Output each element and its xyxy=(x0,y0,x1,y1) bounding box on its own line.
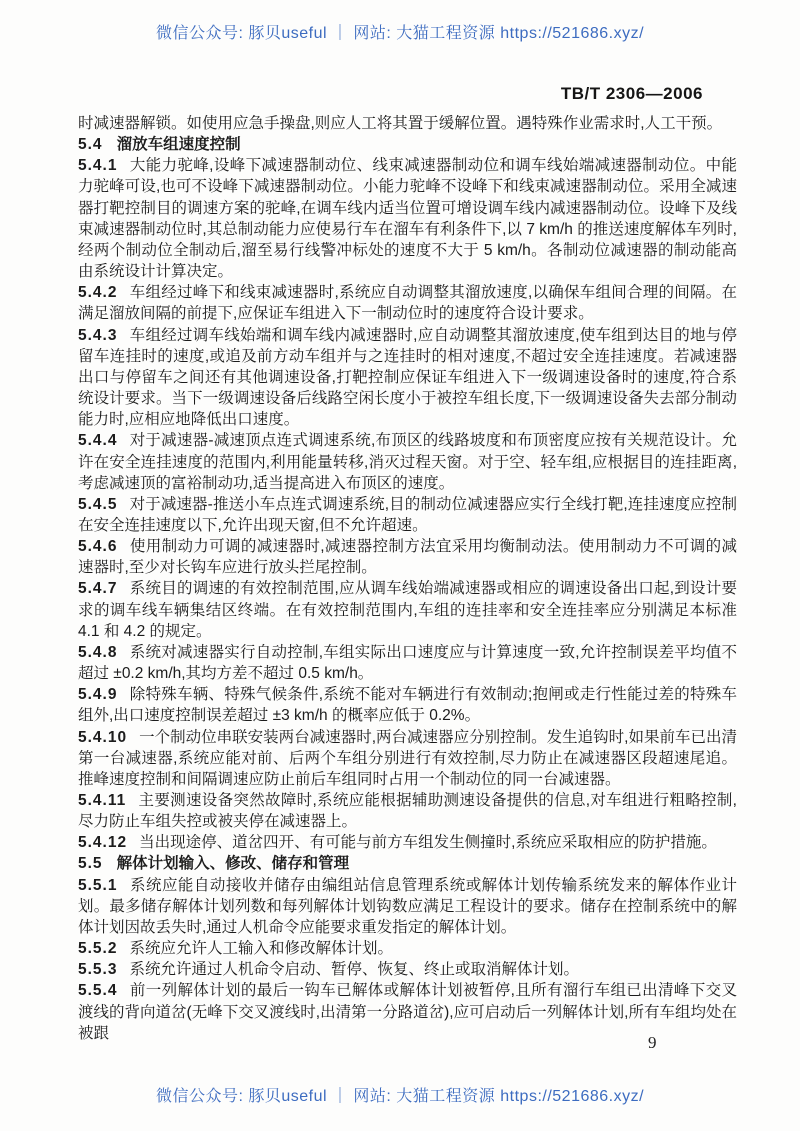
clause-5-4-4: 5.4.4对于减速器-减速顶点连式调速系统,布顶区的线路坡度和布顶密度应按有关规… xyxy=(78,430,737,493)
clause-number: 5.4.8 xyxy=(78,644,117,661)
section-title: 溜放车组速度控制 xyxy=(117,136,241,153)
clause-text: 前一列解体计划的最后一钩车已解体或解体计划被暂停,且所有溜行车组已出清峰下交叉渡… xyxy=(78,982,737,1041)
clause-number: 5.4.2 xyxy=(78,284,117,301)
clause-5-4-2: 5.4.2车组经过峰下和线束减速器时,系统应自动调整其溜放速度,以确保车组间合理… xyxy=(78,282,737,324)
clause-text: 系统应允许人工输入和修改解体计划。 xyxy=(129,940,393,957)
clause-number: 5.4.4 xyxy=(78,432,117,449)
clause-text: 系统允许通过人机命令启动、暂停、恢复、终止或取消解体计划。 xyxy=(129,961,579,978)
clause-text: 使用制动力可调的减速器时,减速器控制方法宜采用均衡制动法。使用制动力不可调的减速… xyxy=(78,538,737,576)
clause-text: 一个制动位串联安装两台减速器时,两台减速器应分别控制。发生追钩时,如果前车已出清… xyxy=(78,729,737,788)
clause-text: 系统对减速器实行自动控制,车组实际出口速度应与计算速度一致,允许控制误差平均值不… xyxy=(78,644,737,682)
clause-number: 5.4.12 xyxy=(78,834,127,851)
clause-text: 大能力驼峰,设峰下减速器制动位、线束减速器制动位和调车线始端减速器制动位。中能力… xyxy=(78,157,737,280)
clause-number: 5.4.1 xyxy=(78,157,117,174)
clause-text: 当出现途停、道岔四开、有可能与前方车组发生侧撞时,系统应采取相应的防护措施。 xyxy=(139,834,717,851)
section-number: 5.5 xyxy=(78,855,103,872)
clause-5-4-12: 5.4.12当出现途停、道岔四开、有可能与前方车组发生侧撞时,系统应采取相应的防… xyxy=(78,832,737,853)
clause-number: 5.5.4 xyxy=(78,982,117,999)
standard-number: TB/T 2306—2006 xyxy=(561,84,703,103)
paragraph-continuation: 时减速器解锁。如使用应急手操盘,则应人工将其置于缓解位置。遇特殊作业需求时,人工… xyxy=(78,113,737,134)
document-page: 微信公众号: 豚贝useful ｜ 网站: 大猫工程资源 https://521… xyxy=(0,0,800,1131)
clause-5-4-9: 5.4.9除特殊车辆、特殊气候条件,系统不能对车辆进行有效制动;抱闸或走行性能过… xyxy=(78,684,737,726)
clause-5-4-6: 5.4.6使用制动力可调的减速器时,减速器控制方法宜采用均衡制动法。使用制动力不… xyxy=(78,536,737,578)
watermark-top: 微信公众号: 豚贝useful ｜ 网站: 大猫工程资源 https://521… xyxy=(0,20,800,43)
clause-text: 主要测速设备突然故障时,系统应能根据辅助测速设备提供的信息,对车组进行粗略控制,… xyxy=(78,792,737,830)
clause-text: 除特殊车辆、特殊气候条件,系统不能对车辆进行有效制动;抱闸或走行性能过差的特殊车… xyxy=(78,686,737,724)
clause-text: 系统应能自动接收并储存由编组站信息管理系统或解体计划传输系统发来的解体作业计划。… xyxy=(78,877,737,936)
section-title: 解体计划输入、修改、储存和管理 xyxy=(117,855,350,872)
clause-5-4-10: 5.4.10一个制动位串联安装两台减速器时,两台减速器应分别控制。发生追钩时,如… xyxy=(78,727,737,790)
clause-5-5-2: 5.5.2系统应允许人工输入和修改解体计划。 xyxy=(78,938,737,959)
section-number: 5.4 xyxy=(78,136,103,153)
section-heading-5-4: 5.4溜放车组速度控制 xyxy=(78,134,737,155)
clause-5-4-8: 5.4.8系统对减速器实行自动控制,车组实际出口速度应与计算速度一致,允许控制误… xyxy=(78,642,737,684)
clause-5-4-11: 5.4.11主要测速设备突然故障时,系统应能根据辅助测速设备提供的信息,对车组进… xyxy=(78,790,737,832)
clause-text: 系统目的调速的有效控制范围,应从调车线始端减速器或相应的调速设备出口起,到设计要… xyxy=(78,580,737,639)
watermark-bottom: 微信公众号: 豚贝useful ｜ 网站: 大猫工程资源 https://521… xyxy=(0,1083,800,1106)
section-heading-5-5: 5.5解体计划输入、修改、储存和管理 xyxy=(78,853,737,874)
clause-text: 车组经过调车线始端和调车线内减速器时,应自动调整其溜放速度,使车组到达目的地与停… xyxy=(78,327,737,429)
clause-number: 5.4.9 xyxy=(78,686,117,703)
clause-number: 5.4.11 xyxy=(78,792,126,809)
clause-number: 5.4.6 xyxy=(78,538,117,555)
clause-number: 5.4.10 xyxy=(78,729,127,746)
clause-number: 5.5.2 xyxy=(78,940,117,957)
clause-5-5-3: 5.5.3系统允许通过人机命令启动、暂停、恢复、终止或取消解体计划。 xyxy=(78,959,737,980)
clause-text: 对于减速器-减速顶点连式调速系统,布顶区的线路坡度和布顶密度应按有关规范设计。允… xyxy=(78,432,737,491)
clause-5-5-1: 5.5.1系统应能自动接收并储存由编组站信息管理系统或解体计划传输系统发来的解体… xyxy=(78,875,737,938)
clause-text: 对于减速器-推送小车点连式调速系统,目的制动位减速器应实行全线打靶,连挂速度应控… xyxy=(78,496,737,534)
clause-5-5-4: 5.5.4前一列解体计划的最后一钩车已解体或解体计划被暂停,且所有溜行车组已出清… xyxy=(78,980,737,1043)
clause-number: 5.4.5 xyxy=(78,496,117,513)
clause-number: 5.4.7 xyxy=(78,580,117,597)
clause-5-4-1: 5.4.1大能力驼峰,设峰下减速器制动位、线束减速器制动位和调车线始端减速器制动… xyxy=(78,155,737,282)
page-number: 9 xyxy=(648,1033,657,1053)
document-body: 时减速器解锁。如使用应急手操盘,则应人工将其置于缓解位置。遇特殊作业需求时,人工… xyxy=(78,113,737,1044)
clause-text: 车组经过峰下和线束减速器时,系统应自动调整其溜放速度,以确保车组间合理的间隔。在… xyxy=(78,284,737,322)
clause-number: 5.5.1 xyxy=(78,877,117,894)
clause-number: 5.5.3 xyxy=(78,961,117,978)
clause-5-4-3: 5.4.3车组经过调车线始端和调车线内减速器时,应自动调整其溜放速度,使车组到达… xyxy=(78,325,737,431)
page-header: TB/T 2306—2006 xyxy=(0,84,703,104)
clause-5-4-7: 5.4.7系统目的调速的有效控制范围,应从调车线始端减速器或相应的调速设备出口起… xyxy=(78,578,737,641)
clause-5-4-5: 5.4.5对于减速器-推送小车点连式调速系统,目的制动位减速器应实行全线打靶,连… xyxy=(78,494,737,536)
clause-number: 5.4.3 xyxy=(78,327,117,344)
